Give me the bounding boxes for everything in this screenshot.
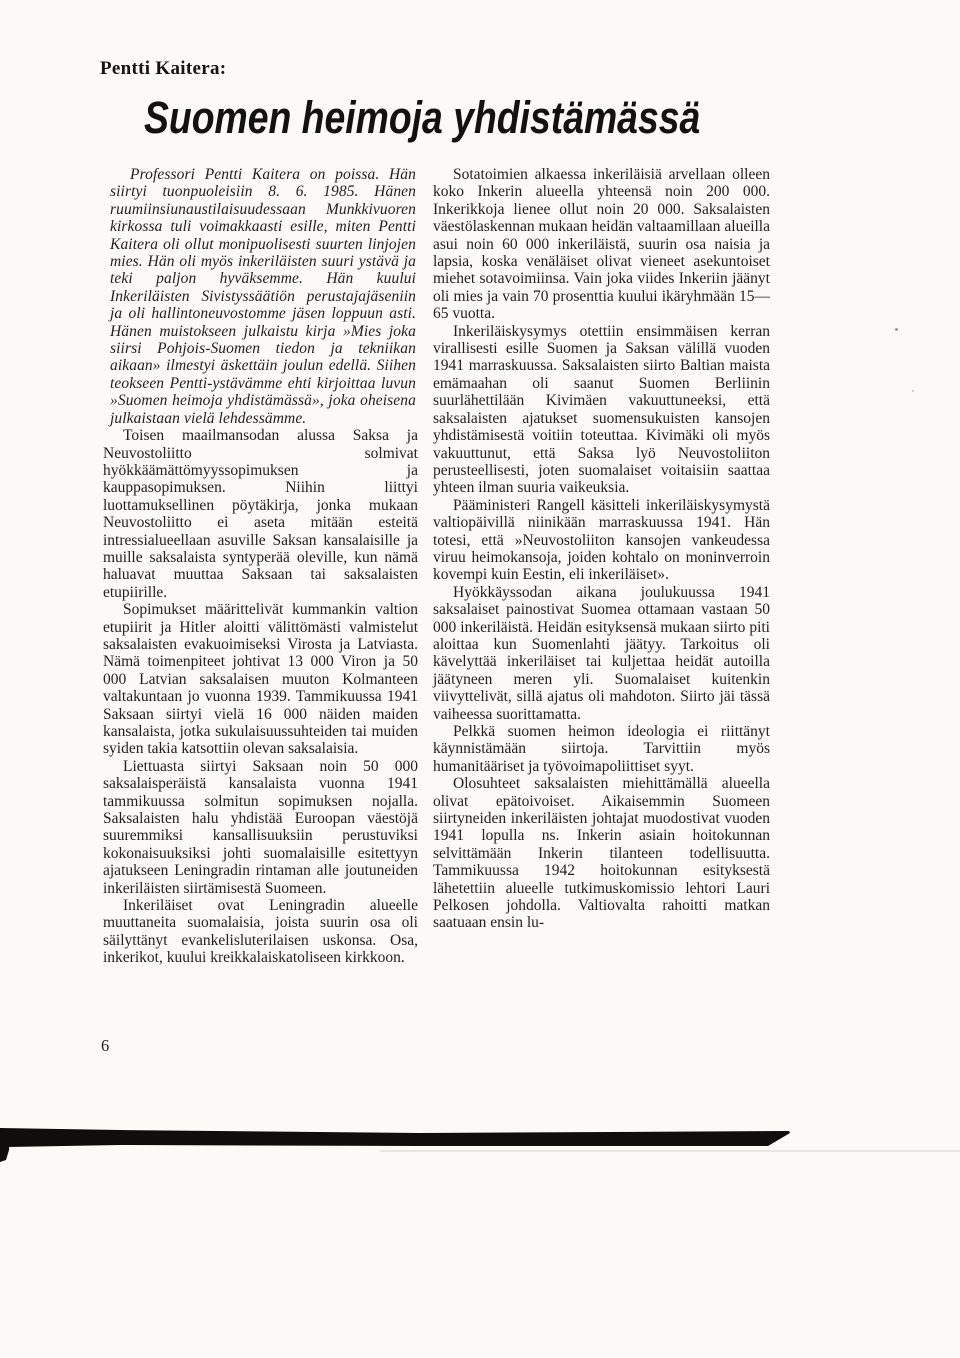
body-paragraph: Sotatoimien alkaessa inkeriläisiä arvell… (433, 166, 770, 323)
body-paragraph: Toisen maailmansodan alussa Saksa ja Neu… (103, 427, 418, 601)
author-byline: Pentti Kaitera: (100, 58, 226, 80)
body-paragraph: Sopimukset määrittelivät kummankin valti… (103, 601, 418, 758)
body-paragraph: Pääministeri Rangell käsitteli inkeriläi… (433, 497, 770, 584)
page-number: 6 (101, 1036, 109, 1056)
article-title-text: Suomen heimoja yhdistämässä (144, 92, 700, 144)
body-paragraph: Pelkkä suomen heimon ideologia ei riittä… (433, 723, 770, 775)
scan-ink-bar-artifact (0, 1122, 810, 1184)
scanned-article-page: Pentti Kaitera: Suomen heimoja yhdistämä… (0, 0, 960, 1358)
left-column: Professori Pentti Kaitera on poissa. Hän… (103, 166, 418, 967)
body-paragraph: Inkeriläiskysymys otettiin ensimmäisen k… (433, 323, 770, 497)
body-paragraph: Liettuasta siirtyi Saksaan noin 50 000 s… (103, 758, 418, 897)
body-paragraph: Olosuhteet saksalaisten miehittämällä al… (433, 775, 770, 932)
paper-speck (895, 328, 898, 331)
lead-paragraph: Professori Pentti Kaitera on poissa. Hän… (103, 166, 418, 427)
body-paragraph: Inkeriläiset ovat Leningradin alueelle m… (103, 897, 418, 967)
article-title: Suomen heimoja yhdistämässä (0, 92, 845, 144)
right-column: Sotatoimien alkaessa inkeriläisiä arvell… (433, 166, 770, 932)
paper-speck (912, 390, 914, 392)
body-paragraph: Hyökkäyssodan aikana joulukuussa 1941 sa… (433, 584, 770, 723)
